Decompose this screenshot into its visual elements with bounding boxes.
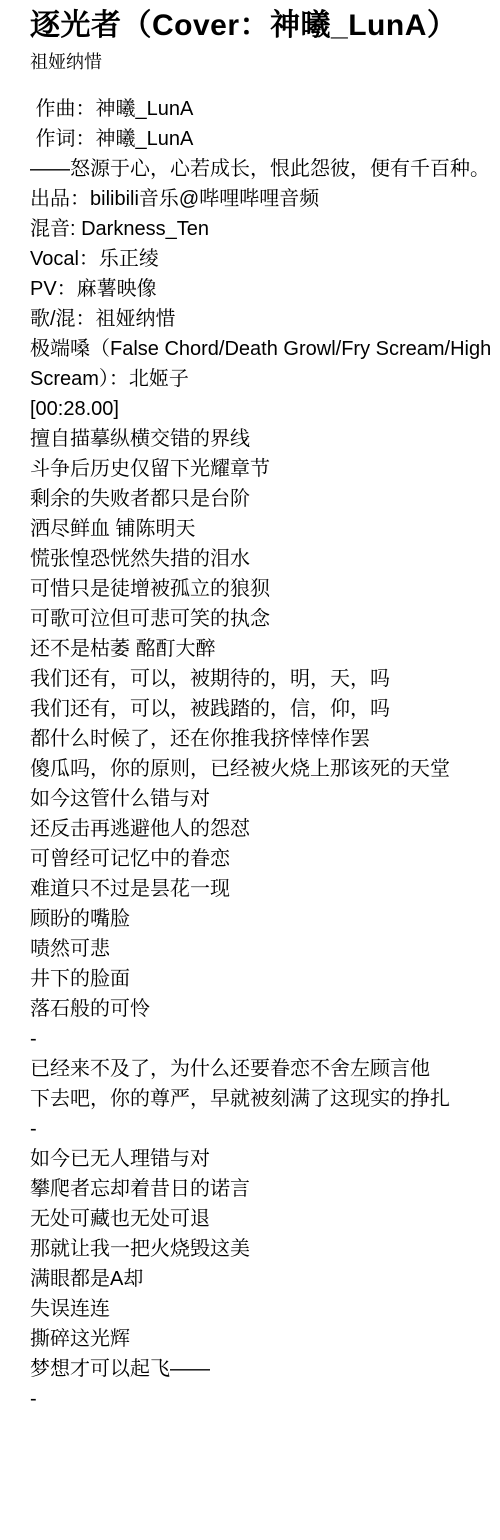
lyric-line: 作词：神曦_LunA xyxy=(30,124,500,154)
lyric-line: 井下的脸面 xyxy=(30,964,500,994)
song-title: 逐光者（Cover：神曦_LunA） xyxy=(30,8,500,44)
lyric-line: 剩余的失败者都只是台阶 xyxy=(30,484,500,514)
lyric-line: 那就让我一把火烧毁这美 xyxy=(30,1234,500,1264)
lyric-line: - xyxy=(30,1384,500,1414)
lyric-line: 傻瓜吗，你的原则，已经被火烧上那该死的天堂 xyxy=(30,754,500,784)
lyric-line: 可歌可泣但可悲可笑的执念 xyxy=(30,604,500,634)
lyric-line: - xyxy=(30,1024,500,1054)
lyric-line: 斗争后历史仅留下光耀章节 xyxy=(30,454,500,484)
lyric-line: 还不是枯萎 酩酊大醉 xyxy=(30,634,500,664)
lyric-line: 都什么时候了，还在你推我挤悻悻作罢 xyxy=(30,724,500,754)
lyric-line: 极端嗓（False Chord/Death Growl/Fry Scream/H… xyxy=(30,334,500,364)
lyric-line: 下去吧，你的尊严，早就被刻满了这现实的挣扎 xyxy=(30,1084,500,1114)
lyric-line: 擅自描摹纵横交错的界线 xyxy=(30,424,500,454)
lyric-line: 落石般的可怜 xyxy=(30,994,500,1024)
lyrics-body: 作曲：神曦_LunA 作词：神曦_LunA——怒源于心，心若成长，恨此怨彼，便有… xyxy=(30,94,500,1414)
lyric-line: Vocal：乐正绫 xyxy=(30,244,500,274)
lyric-line: ——怒源于心，心若成长，恨此怨彼，便有千百种。 xyxy=(30,154,500,184)
lyric-line: - xyxy=(30,1114,500,1144)
lyric-line: PV：麻薯映像 xyxy=(30,274,500,304)
lyric-line: 已经来不及了，为什么还要眷恋不舍左顾言他 xyxy=(30,1054,500,1084)
lyrics-page: 逐光者（Cover：神曦_LunA） 祖娅纳惜 作曲：神曦_LunA 作词：神曦… xyxy=(0,0,500,1540)
lyric-line: 梦想才可以起飞—— xyxy=(30,1354,500,1384)
lyric-line: 撕碎这光辉 xyxy=(30,1324,500,1354)
lyric-line: 可惜只是徒增被孤立的狼狈 xyxy=(30,574,500,604)
lyric-line: 慌张惶恐恍然失措的泪水 xyxy=(30,544,500,574)
artist-name: 祖娅纳惜 xyxy=(30,51,500,74)
lyric-line: 我们还有，可以，被期待的，明，天，吗 xyxy=(30,664,500,694)
lyric-line: 作曲：神曦_LunA xyxy=(30,94,500,124)
lyric-line: 如今已无人理错与对 xyxy=(30,1144,500,1174)
lyric-line: 无处可藏也无处可退 xyxy=(30,1204,500,1234)
lyric-line: 攀爬者忘却着昔日的诺言 xyxy=(30,1174,500,1204)
lyric-line: 如今这管什么错与对 xyxy=(30,784,500,814)
lyric-line: 可曾经可记忆中的眷恋 xyxy=(30,844,500,874)
lyric-line: 歌/混：祖娅纳惜 xyxy=(30,304,500,334)
lyric-line: 还反击再逃避他人的怨怼 xyxy=(30,814,500,844)
lyric-line: 顾盼的嘴脸 xyxy=(30,904,500,934)
lyric-line: 啧然可悲 xyxy=(30,934,500,964)
lyric-line: [00:28.00] xyxy=(30,394,500,424)
lyric-line: 混音: Darkness_Ten xyxy=(30,214,500,244)
lyric-line: 满眼都是A却 xyxy=(30,1264,500,1294)
lyric-line: Scream）：北姬子 xyxy=(30,364,500,394)
lyric-line: 失误连连 xyxy=(30,1294,500,1324)
lyric-line: 我们还有，可以，被践踏的，信，仰，吗 xyxy=(30,694,500,724)
lyric-line: 出品：bilibili音乐@哔哩哔哩音频 xyxy=(30,184,500,214)
lyric-line: 难道只不过是昙花一现 xyxy=(30,874,500,904)
lyric-line: 洒尽鲜血 铺陈明天 xyxy=(30,514,500,544)
